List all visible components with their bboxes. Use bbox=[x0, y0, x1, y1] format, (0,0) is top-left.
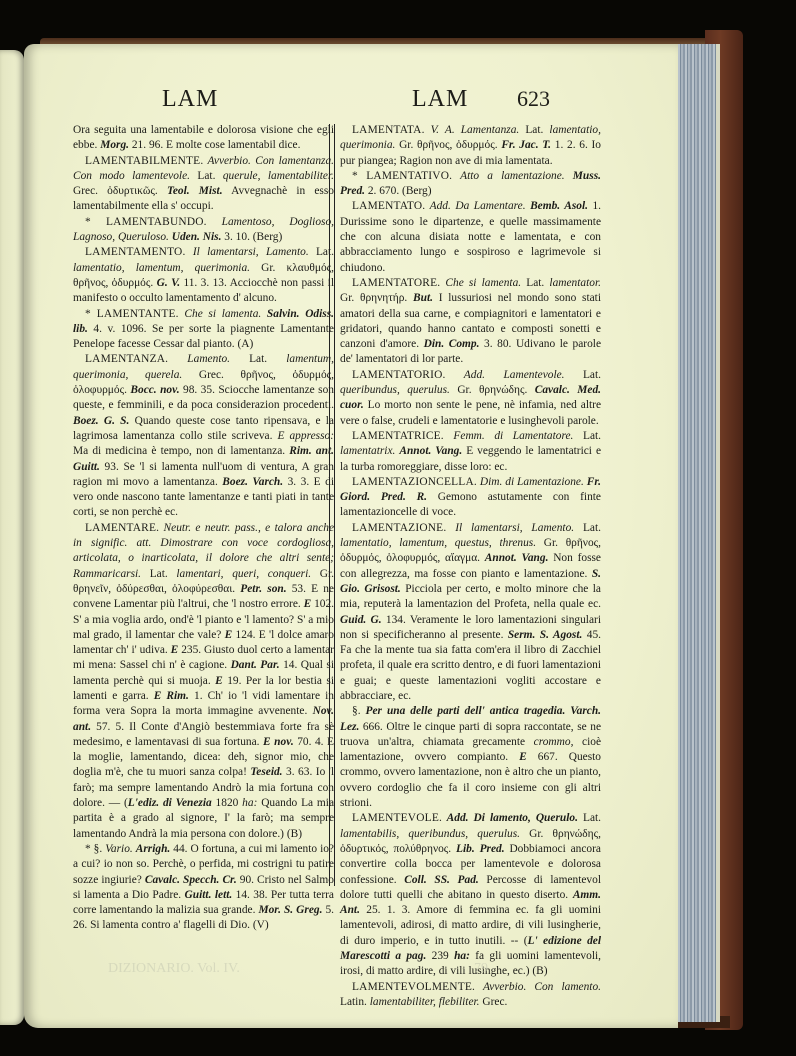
dictionary-entry: * LAMENTANTE. Che si lamenta. Salvin. Od… bbox=[73, 307, 334, 353]
citation-source: Uden. Nis. bbox=[172, 231, 222, 243]
entry-text: Lat. bbox=[521, 277, 549, 289]
entry-text: * §. bbox=[85, 843, 105, 855]
entry-text: 21. 96. E molte cose lamentabil dice. bbox=[129, 139, 300, 151]
citation-source: Din. Comp. bbox=[424, 338, 480, 350]
column-divider-rule bbox=[329, 124, 335, 886]
headword: * LAMENTATIVO. bbox=[352, 170, 452, 182]
headword: LAMENTATO. bbox=[352, 200, 425, 212]
headword: LAMENTATORIO. bbox=[352, 369, 446, 381]
entry-text: 3. 10. (Berg) bbox=[221, 231, 282, 243]
citation-source: L'ediz. di Venezia bbox=[128, 797, 212, 809]
citation-source: Lib. Pred. bbox=[456, 843, 505, 855]
definition-italic: lamentabilis, queribundus, querulus. bbox=[340, 828, 520, 840]
citation-source: Annot. Vang. bbox=[399, 445, 462, 457]
citation-source: Mor. S. Greg. bbox=[258, 904, 322, 916]
dictionary-entry: LAMENTEVOLE. Add. Di lamento, Querulo. L… bbox=[340, 811, 601, 979]
entry-text: Lat. bbox=[578, 812, 601, 824]
citation-source: ha: bbox=[454, 950, 470, 962]
definition-italic: Che si lamenta. bbox=[179, 308, 262, 320]
headword: LAMENTABILMENTE. bbox=[85, 155, 203, 167]
citation-source: Boez. G. S. bbox=[73, 415, 129, 427]
citation-source: But. bbox=[413, 292, 433, 304]
definition-italic: queribundus, querulus. bbox=[340, 384, 450, 396]
entry-text: Lat. bbox=[573, 430, 601, 442]
entry-text: Ma di medicina è tempo, non di lamentanz… bbox=[73, 445, 289, 457]
entry-text: Lo morto non sente le pene, nè infamia, … bbox=[340, 399, 601, 426]
headword: LAMENTAMENTO. bbox=[85, 246, 186, 258]
dictionary-entry: LAMENTAMENTO. Il lamentarsi, Lamento. La… bbox=[73, 245, 334, 306]
dictionary-entry: LAMENTAZIONE. Il lamentarsi, Lamento. La… bbox=[340, 521, 601, 705]
definition-italic: Femm. di Lamentatore. bbox=[444, 430, 574, 442]
entry-text: Latin. bbox=[340, 996, 370, 1008]
citation-source: Bemb. Asol. bbox=[530, 200, 588, 212]
running-head-right: LAM bbox=[412, 86, 468, 113]
previous-page-edge bbox=[0, 50, 24, 1025]
entry-text: 239 bbox=[426, 950, 454, 962]
citation-source: Arrigh. bbox=[136, 843, 171, 855]
page-number: 623 bbox=[517, 86, 550, 112]
citation-source: Fr. Jac. T. bbox=[501, 139, 551, 151]
definition-italic: lamentari, queri, conqueri. bbox=[176, 568, 311, 580]
entry-text: Grec. ὀδυρτικῶς. bbox=[73, 185, 167, 197]
citation-source: Annot. Vang. bbox=[485, 552, 549, 564]
entry-text: 4. v. 1096. Se per sorte la piagnente La… bbox=[73, 323, 334, 350]
definition-italic: Che si lamenta. bbox=[440, 277, 521, 289]
citation-source: Serm. S. Agost. bbox=[508, 629, 583, 641]
citation-source: Cavalc. Specch. Cr. bbox=[145, 874, 237, 886]
citation-source: Morg. bbox=[100, 139, 129, 151]
headword: * LAMENTABUNDO. bbox=[85, 216, 207, 228]
definition-italic: Il lamentarsi, Lamento. bbox=[446, 522, 574, 534]
citation-source: Coll. SS. Pad. bbox=[404, 874, 478, 886]
entry-text: Gr. θρηνητήρ. bbox=[340, 292, 413, 304]
headword: LAMENTATORE. bbox=[352, 277, 440, 289]
entry-text: Gr. θρηνώδης. bbox=[450, 384, 535, 396]
dictionary-entry: LAMENTANZA. Lamento. Lat. lamentum, quer… bbox=[73, 352, 334, 520]
headword: LAMENTEVOLE. bbox=[352, 812, 442, 824]
definition-italic: Vario. bbox=[105, 843, 133, 855]
citation-source: Teol. Mist. bbox=[167, 185, 223, 197]
dictionary-entry: LAMENTATORIO. Add. Lamentevole. Lat. que… bbox=[340, 368, 601, 429]
left-column: Ora seguita una lamentabile e dolorosa v… bbox=[73, 123, 334, 934]
entry-text: Gr. θρῆνος, ὀδυρμός. bbox=[395, 139, 501, 151]
definition-italic: lamentabiliter, flebiliter. bbox=[370, 996, 480, 1008]
citation-source: E nov. bbox=[263, 736, 294, 748]
definition-italic: lamentatio, lamentum, querimonia. bbox=[73, 262, 250, 274]
citation-source: Petr. son. bbox=[240, 583, 286, 595]
entry-text: Lat. bbox=[565, 369, 602, 381]
headword: LAMENTAZIONCELLA. bbox=[352, 476, 477, 488]
page-block-edges bbox=[676, 44, 720, 1022]
headword: LAMENTEVOLMENTE. bbox=[352, 981, 475, 993]
definition-italic: Dim. di Lamentazione. bbox=[477, 476, 584, 488]
dictionary-entry: LAMENTEVOLMENTE. Avverbio. Con lamento. … bbox=[340, 980, 601, 1011]
bleed-through-mark: 79 bbox=[474, 961, 488, 977]
headword: LAMENTATA. bbox=[352, 124, 425, 136]
definition-italic: querule, lamentabiliter. bbox=[223, 170, 334, 182]
citation-source: E bbox=[215, 675, 223, 687]
entry-text bbox=[565, 170, 573, 182]
definition-italic: E appresso: bbox=[278, 430, 335, 442]
definition-italic: crommo, bbox=[534, 736, 574, 748]
dictionary-entry: * LAMENTABUNDO. Lamentoso, Doglioso, Lag… bbox=[73, 215, 334, 246]
headword: LAMENTAZIONE. bbox=[352, 522, 446, 534]
dictionary-entry: §. Per una delle parti dell' antica trag… bbox=[340, 704, 601, 811]
definition-italic: Il lamentarsi, Lamento. bbox=[186, 246, 309, 258]
dictionary-entry: LAMENTATA. V. A. Lamentanza. Lat. lament… bbox=[340, 123, 601, 169]
dictionary-entry: * §. Vario. Arrigh. 44. O fortuna, a cui… bbox=[73, 842, 334, 934]
definition-italic: Avverbio. Con lamento. bbox=[475, 981, 601, 993]
definition-italic: lamentator. bbox=[549, 277, 601, 289]
dictionary-entry: * LAMENTATIVO. Atto a lamentazione. Muss… bbox=[340, 169, 601, 200]
definition-italic: Add. Lamentevole. bbox=[446, 369, 565, 381]
entry-text: Lat. bbox=[190, 170, 223, 182]
headword: LAMENTARE. bbox=[85, 522, 159, 534]
definition-italic: lamentatrix. bbox=[340, 445, 395, 457]
entry-text: Lat. bbox=[519, 124, 549, 136]
dictionary-entry: LAMENTABILMENTE. Avverbio. Con lamentanz… bbox=[73, 154, 334, 215]
headword: LAMENTANZA. bbox=[85, 353, 168, 365]
dictionary-entry: LAMENTATO. Add. Da Lamentare. Bemb. Asol… bbox=[340, 199, 601, 275]
citation-source: Bocc. nov. bbox=[130, 384, 179, 396]
citation-source: Add. Di lamento, Querulo. bbox=[442, 812, 578, 824]
citation-source: E Rim. bbox=[154, 690, 189, 702]
dictionary-entry: LAMENTATORE. Che si lamenta. Lat. lament… bbox=[340, 276, 601, 368]
definition-italic: ha: bbox=[242, 797, 257, 809]
citation-source: Boez. Varch. bbox=[222, 476, 283, 488]
definition-italic: lamentatio, lamentum, questus, threnus. bbox=[340, 537, 536, 549]
definition-italic: Add. Da Lamentare. bbox=[425, 200, 525, 212]
entry-text: Lat. bbox=[230, 353, 286, 365]
dictionary-entry: LAMENTAZIONCELLA. Dim. di Lamentazione. … bbox=[340, 475, 601, 521]
entry-text: §. bbox=[352, 705, 366, 717]
headword: LAMENTATRICE. bbox=[352, 430, 444, 442]
definition-italic: V. A. Lamentanza. bbox=[425, 124, 520, 136]
citation-source: Guitt. lett. bbox=[185, 889, 233, 901]
citation-source: Per una delle parti dell' antica tragedi… bbox=[366, 705, 566, 717]
definition-italic: Atto a lamentazione. bbox=[452, 170, 564, 182]
entry-text: Lat. bbox=[574, 522, 601, 534]
entry-text: 2. 670. (Berg) bbox=[365, 185, 432, 197]
citation-source: Dant. Par. bbox=[231, 659, 280, 671]
headword: * LAMENTANTE. bbox=[85, 308, 179, 320]
dictionary-entry: LAMENTARE. Neutr. e neutr. pass., e talo… bbox=[73, 521, 334, 842]
entry-text: 1820 bbox=[212, 797, 242, 809]
citation-source: E bbox=[519, 751, 527, 763]
entry-text: Grec. bbox=[480, 996, 508, 1008]
bleed-through-footer: DIZIONARIO. Vol. IV. bbox=[108, 961, 240, 977]
citation-source: Guid. G. bbox=[340, 614, 382, 626]
citation-source: G. V. bbox=[157, 277, 180, 289]
right-column: LAMENTATA. V. A. Lamentanza. Lat. lament… bbox=[340, 123, 601, 1010]
running-head-left: LAM bbox=[162, 86, 218, 113]
continued-entry: Ora seguita una lamentabile e dolorosa v… bbox=[73, 123, 334, 154]
citation-source: Teseid. bbox=[250, 766, 282, 778]
entry-text: Lat. bbox=[141, 568, 176, 580]
definition-italic: Lamento. bbox=[168, 353, 230, 365]
dictionary-entry: LAMENTATRICE. Femm. di Lamentatore. Lat.… bbox=[340, 429, 601, 475]
